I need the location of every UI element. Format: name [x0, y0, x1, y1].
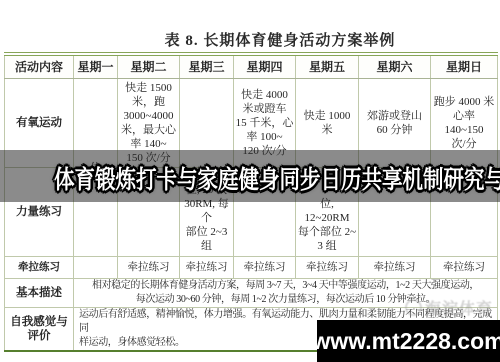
overlay-headline-text: 体育锻炼打卡与家庭健身同步日历共享机制研究与实践	[54, 160, 500, 196]
cell-stretch-mon	[74, 257, 118, 279]
header-saturday: 星期六	[359, 54, 431, 79]
cell-stretch-sat: 牵拉练习	[359, 257, 431, 279]
header-row: 活动内容 星期一 星期二 星期三 星期四 星期五 星期六 星期日	[5, 54, 498, 79]
faint-watermark: 海淀体育	[405, 296, 493, 319]
cell-stretch-wed: 牵拉练习	[180, 257, 234, 279]
header-activity: 活动内容	[5, 54, 74, 79]
cell-stretch-tue: 牵拉练习	[118, 257, 180, 279]
faint-watermark-ring-icon	[405, 299, 422, 316]
evaluation-label: 自我感觉与 评价	[5, 308, 74, 352]
overlay-headline: 体育锻炼打卡与家庭健身同步日历共享机制研究与实践	[0, 160, 500, 196]
site-watermark-box: www.mt2228.com	[317, 320, 500, 362]
faint-watermark-text: 海淀体育	[425, 296, 493, 319]
table-title: 表 8. 长期体育健身活动方案举例	[30, 29, 500, 50]
page-root: 表 8. 长期体育健身活动方案举例 活动内容 星期一 星期二 星期三 星期四 星…	[0, 0, 500, 362]
cell-stretch-sun: 牵拉练习	[431, 257, 498, 279]
site-watermark-url: www.mt2228.com	[312, 328, 500, 355]
cell-stretch-fri: 牵拉练习	[296, 257, 359, 279]
row-stretch: 牵拉练习 牵拉练习 牵拉练习 牵拉练习 牵拉练习 牵拉练习 牵拉练习	[5, 257, 498, 279]
stretch-label: 牵拉练习	[5, 257, 74, 279]
header-thursday: 星期四	[234, 54, 296, 79]
header-wednesday: 星期三	[180, 54, 234, 79]
header-monday: 星期一	[74, 54, 118, 79]
description-label: 基本描述	[5, 279, 74, 308]
header-tuesday: 星期二	[118, 54, 180, 79]
cell-stretch-thu: 牵拉练习	[234, 257, 296, 279]
header-friday: 星期五	[296, 54, 359, 79]
header-sunday: 星期日	[431, 54, 498, 79]
